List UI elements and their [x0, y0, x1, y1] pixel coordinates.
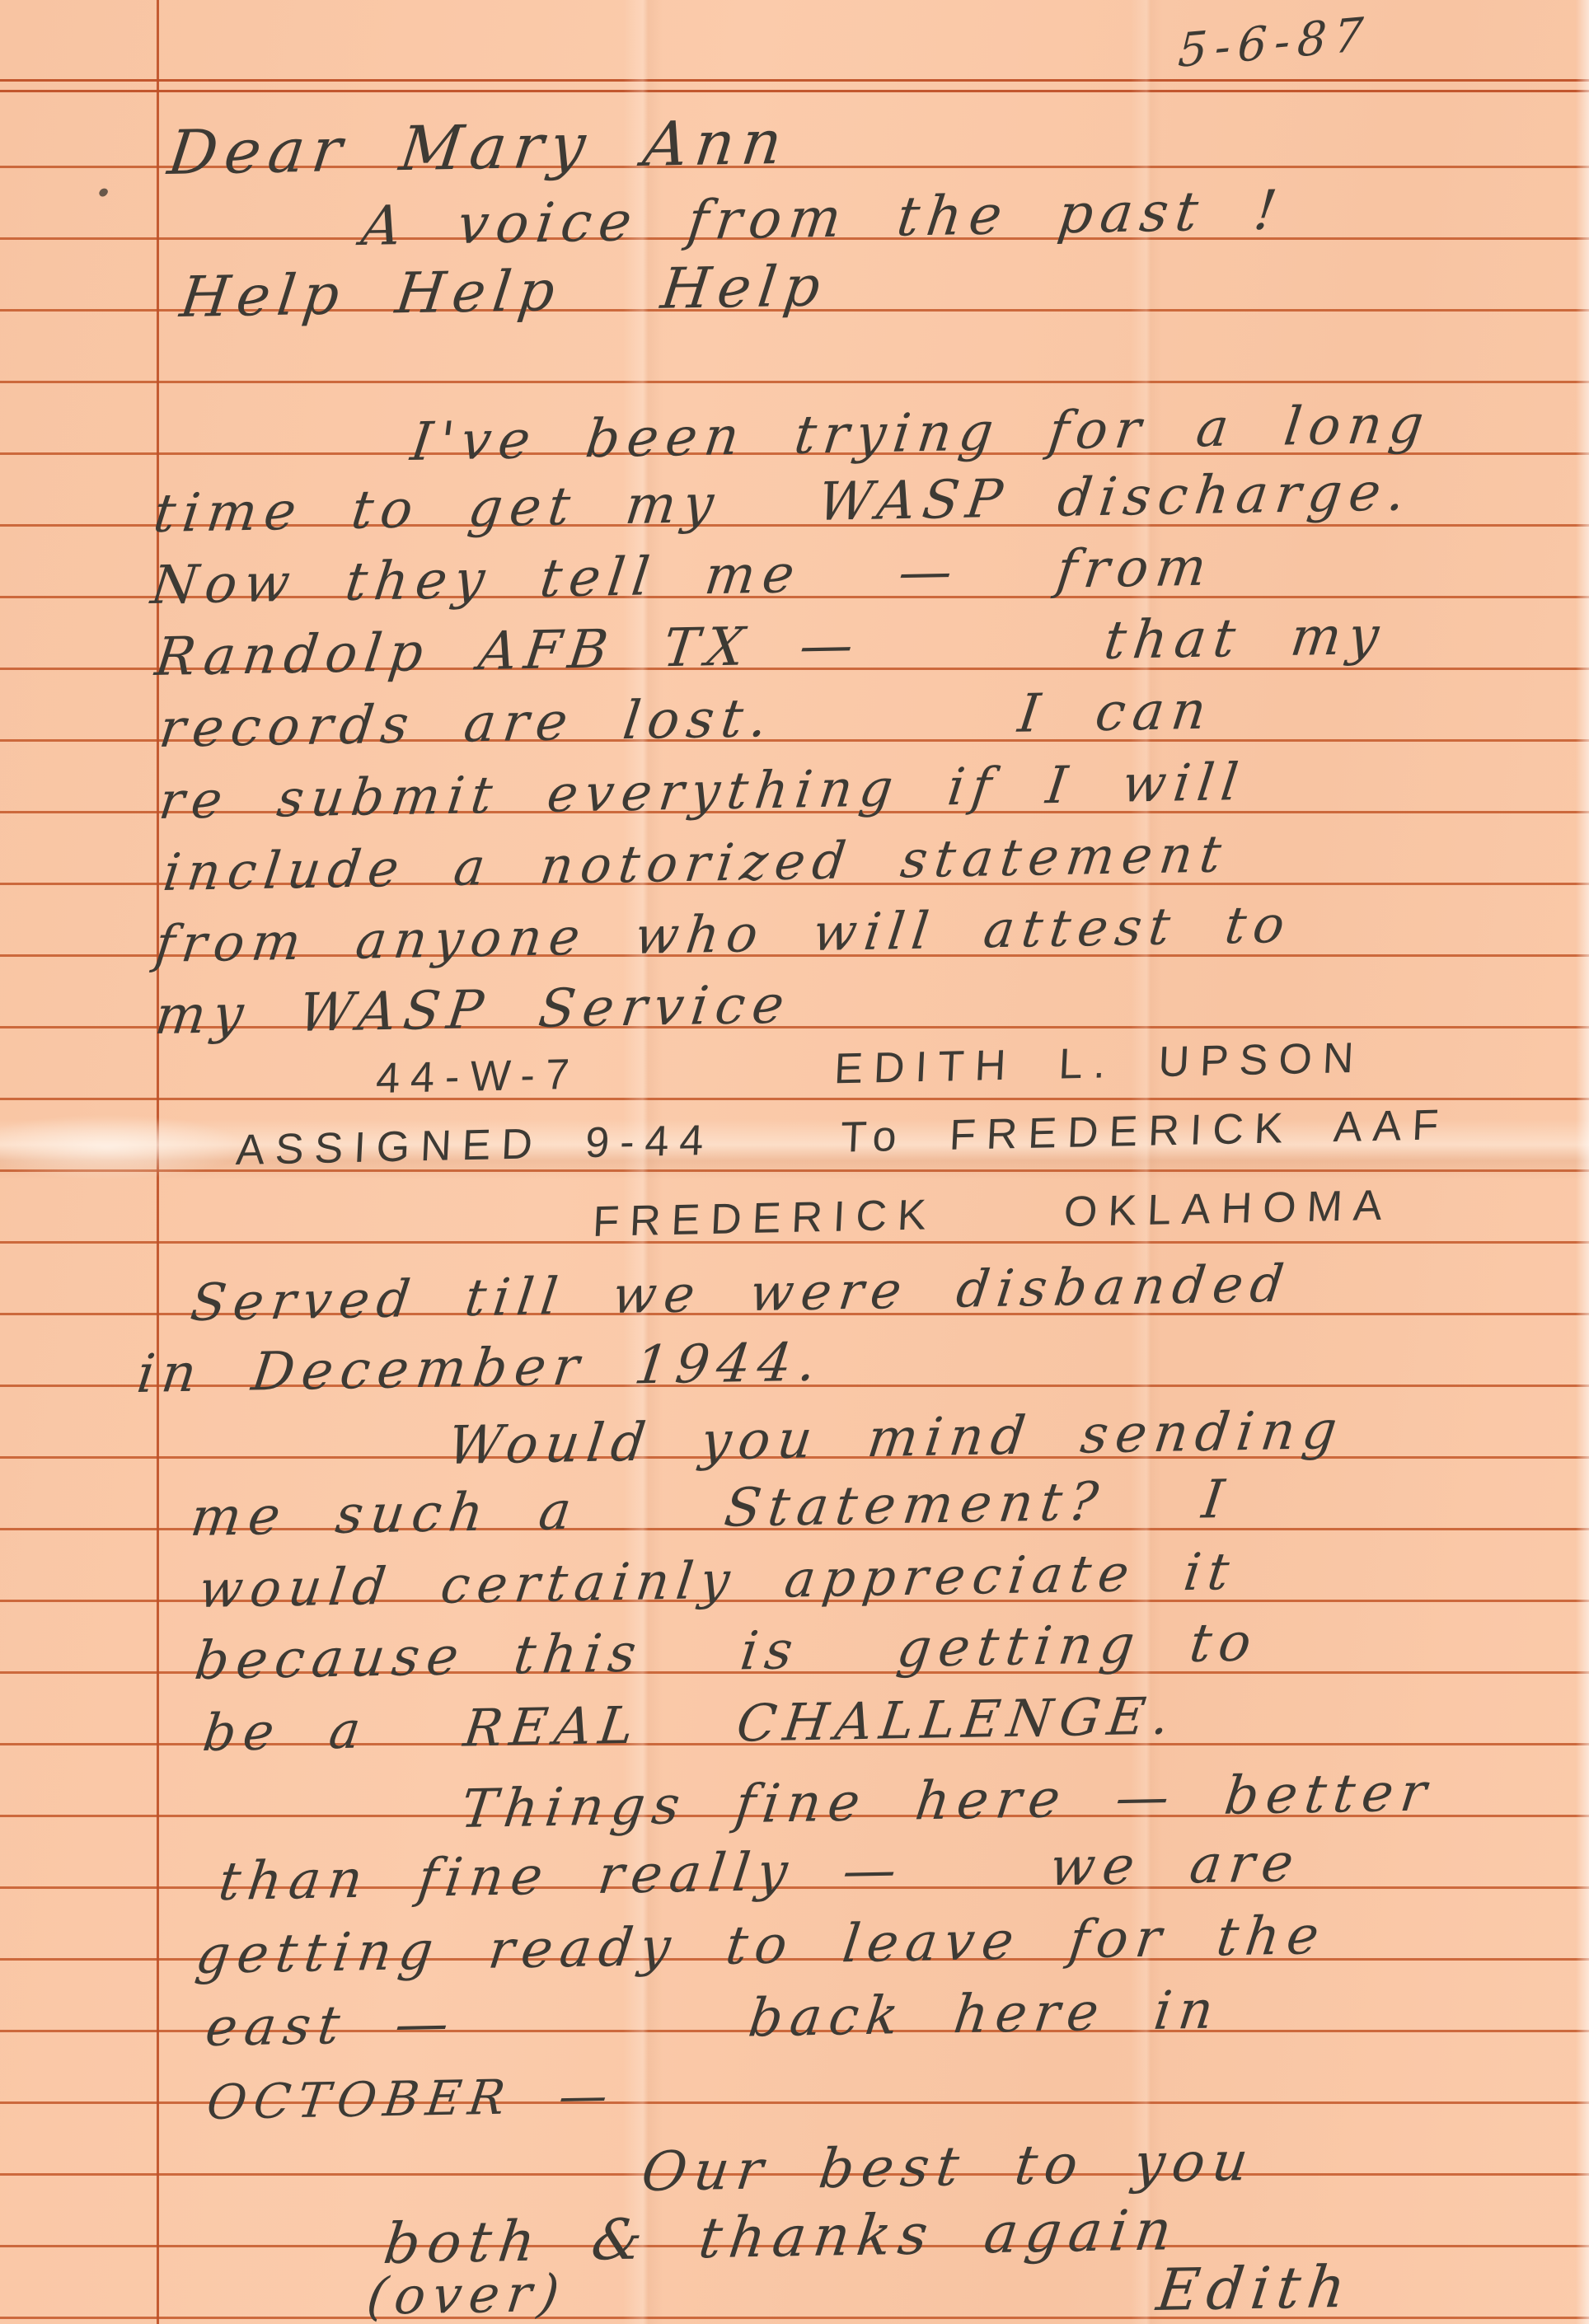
closing-line-2: both & thanks again: [381, 2203, 1182, 2273]
signature: Edith: [1154, 2258, 1356, 2319]
body-line-11: in December 1944.: [134, 1336, 826, 1401]
body-line-17: Things fine here — better: [458, 1766, 1437, 1836]
closing-line-1: Our best to you: [639, 2134, 1259, 2200]
opening-line-1: A voice from the past !: [359, 183, 1287, 254]
header-double-rule-bottom: [0, 90, 1589, 92]
header-double-rule-top: [0, 79, 1589, 82]
date-line: 5-6-87: [1177, 12, 1371, 75]
margin-line: [157, 0, 159, 2324]
body-line-21: OCTOBER —: [204, 2071, 617, 2126]
body-line-12: Would you mind sending: [445, 1404, 1347, 1473]
letter-page: 5-6-87Dear Mary AnnA voice from the past…: [0, 0, 1589, 2324]
over-note: (over): [364, 2268, 570, 2322]
opening-line-2: Help Help Help: [177, 259, 831, 326]
body-line-9: my WASP Service: [152, 978, 794, 1043]
salutation-line: Dear Mary Ann: [165, 112, 792, 184]
